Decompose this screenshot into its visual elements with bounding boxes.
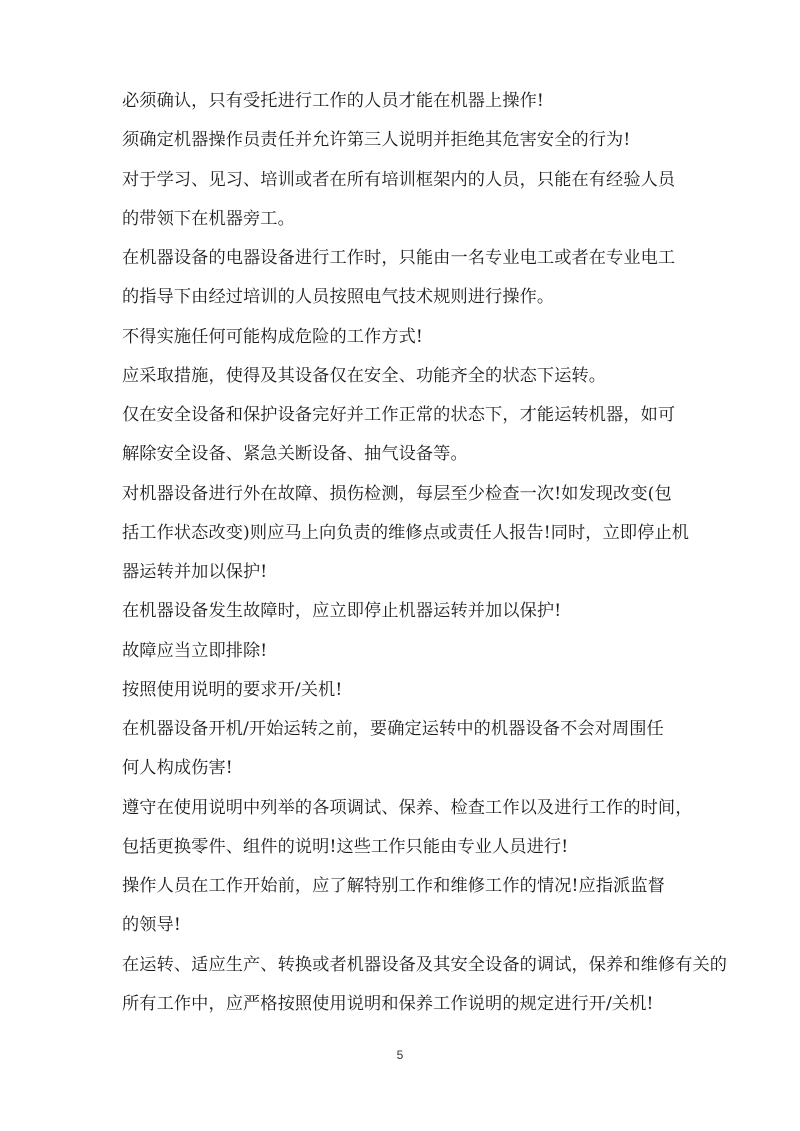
text-line: 对机器设备进行外在故障、损伤检测，每层至少检查一次!如发现改变(包 <box>122 475 722 514</box>
document-body: 必须确认，只有受托进行工作的人员才能在机器上操作! 须确定机器操作员责任并允许第… <box>122 82 722 1024</box>
document-page: 必须确认，只有受托进行工作的人员才能在机器上操作! 须确定机器操作员责任并允许第… <box>0 0 800 1131</box>
text-line: 在运转、适应生产、转换或者机器设备及其安全设备的调试，保养和维修有关的 <box>122 946 722 985</box>
text-line: 的指导下由经过培训的人员按照电气技术规则进行操作。 <box>122 278 722 317</box>
text-line: 须确定机器操作员责任并允许第三人说明并拒绝其危害安全的行为! <box>122 121 722 160</box>
text-line: 故障应当立即排除! <box>122 632 722 671</box>
text-line: 必须确认，只有受托进行工作的人员才能在机器上操作! <box>122 82 722 121</box>
text-line: 的领导! <box>122 906 722 945</box>
text-line: 仅在安全设备和保护设备完好并工作正常的状态下，才能运转机器，如可 <box>122 396 722 435</box>
text-line: 器运转并加以保护! <box>122 553 722 592</box>
text-line: 在机器设备开机/开始运转之前，要确定运转中的机器设备不会对周围任 <box>122 710 722 749</box>
text-line: 括工作状态改变)则应马上向负责的维修点或责任人报告!同时，立即停止机 <box>122 514 722 553</box>
text-line: 解除安全设备、紧急关断设备、抽气设备等。 <box>122 435 722 474</box>
text-line: 何人构成伤害! <box>122 749 722 788</box>
text-line: 不得实施任何可能构成危险的工作方式! <box>122 318 722 357</box>
text-line: 遵守在使用说明中列举的各项调试、保养、检查工作以及进行工作的时间， <box>122 789 722 828</box>
text-line: 的带领下在机器旁工。 <box>122 200 722 239</box>
text-line: 所有工作中，应严格按照使用说明和保养工作说明的规定进行开/关机! <box>122 985 722 1024</box>
text-line: 在机器设备发生故障时，应立即停止机器运转并加以保护! <box>122 592 722 631</box>
text-line: 应采取措施，使得及其设备仅在安全、功能齐全的状态下运转。 <box>122 357 722 396</box>
text-line: 按照使用说明的要求开/关机! <box>122 671 722 710</box>
page-number: 5 <box>0 1048 800 1062</box>
text-line: 操作人员在工作开始前，应了解特别工作和维修工作的情况!应指派监督 <box>122 867 722 906</box>
text-line: 在机器设备的电器设备进行工作时，只能由一名专业电工或者在专业电工 <box>122 239 722 278</box>
text-line: 包括更换零件、组件的说明!这些工作只能由专业人员进行! <box>122 828 722 867</box>
text-line: 对于学习、见习、培训或者在所有培训框架内的人员，只能在有经验人员 <box>122 161 722 200</box>
